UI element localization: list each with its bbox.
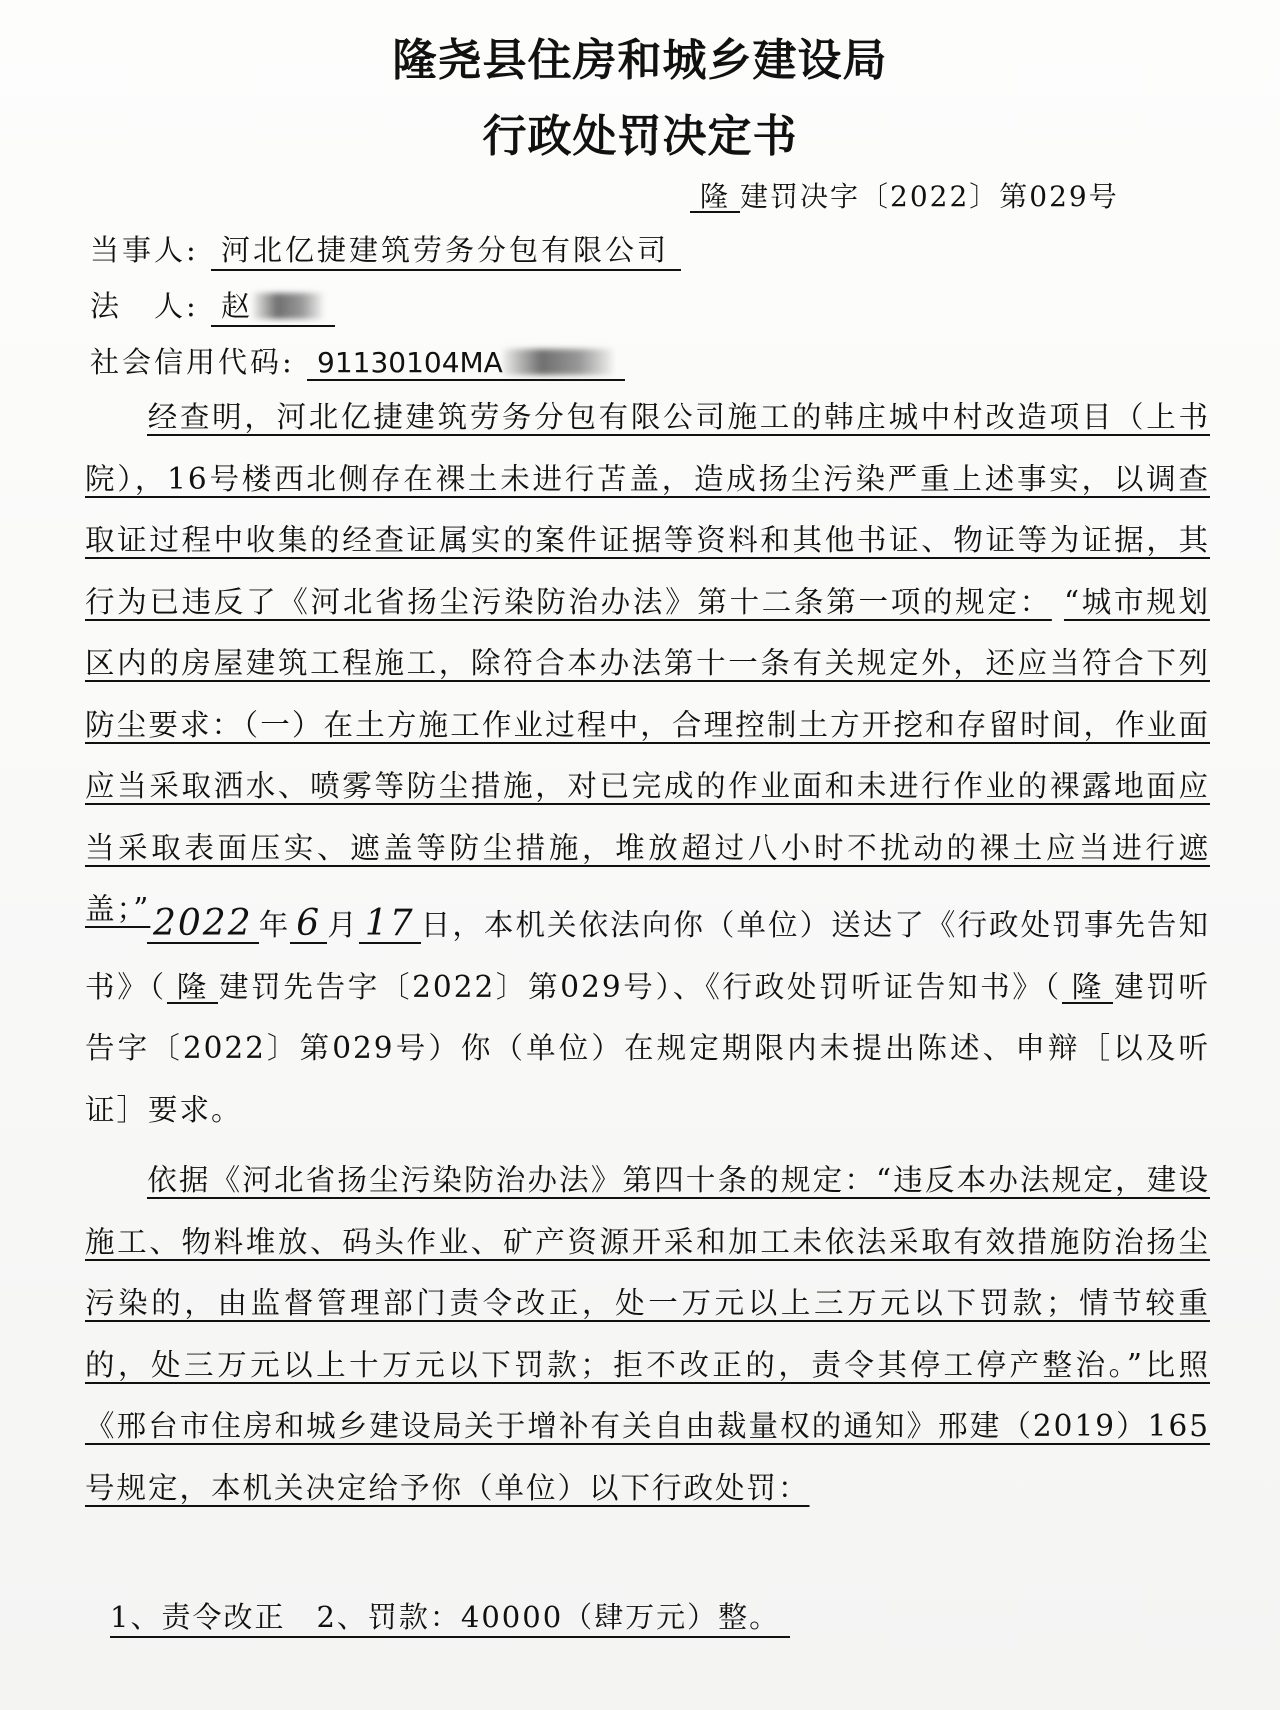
penalty-decision: 1、责令改正 2、罚款：40000（肆万元）整。 [110,1595,790,1638]
party-label: 当事人: [90,233,199,267]
handwritten-month: 6 [290,906,327,944]
party-field: 当事人: 河北亿捷建筑劳务分包有限公司 [90,228,681,271]
month-label: 月 [327,908,359,942]
document-number-prefix: 隆 [690,182,740,213]
handwritten-day: 17 [359,906,421,944]
document-number-rest: 建罚决字〔2022〕第029号 [740,180,1119,213]
legal-basis-paragraph: 依据《河北省扬尘污染防治办法》第四十条的规定：“违反本办法规定，建设施工、物料堆… [85,1150,1210,1519]
redaction-blur [253,293,323,319]
credit-code-value-wrap: 91130104MA [307,346,625,381]
year-label: 年 [259,908,291,942]
credit-code-value: 91130104MA [317,346,503,379]
document-page: 隆尧县住房和城乡建设局 行政处罚决定书 隆建罚决字〔2022〕第029号 当事人… [0,0,1280,1710]
notice-paragraph: 2022年6月17日，本机关依法向你（单位）送达了《行政处罚事先告知书》（隆建罚… [85,895,1210,1141]
notice-text-2: 建罚先告字〔2022〕第029号）、《行政处罚听证告知书》（ [218,970,1062,1004]
regulation-quote: “城市规划区内的房屋建筑工程施工，除符合本办法第十一条有关规定外，还应当符合下列… [85,585,1210,927]
party-value: 河北亿捷建筑劳务分包有限公司 [211,228,681,271]
credit-code-label: 社会信用代码: [90,345,295,379]
document-type-title: 行政处罚决定书 [0,100,1280,164]
notice-prefix-1: 隆 [167,972,219,1005]
legal-basis-text: 依据《河北省扬尘污染防治办法》第四十条的规定：“违反本办法规定，建设施工、物料堆… [85,1163,1210,1505]
findings-paragraph: 经查明，河北亿捷建筑劳务分包有限公司施工的韩庄城中村改造项目（上书院），16号楼… [85,387,1210,941]
credit-code-field: 社会信用代码: 91130104MA [90,340,625,381]
findings-text: 经查明，河北亿捷建筑劳务分包有限公司施工的韩庄城中村改造项目（上书院），16号楼… [85,400,1210,619]
handwritten-year: 2022 [147,906,259,944]
legal-rep-value-wrap: 赵 [211,284,335,327]
day-label: 日 [421,908,453,942]
document-number: 隆建罚决字〔2022〕第029号 [690,175,1119,215]
legal-rep-value: 赵 [221,289,253,323]
redaction-blur [503,349,613,375]
agency-title: 隆尧县住房和城乡建设局 [0,24,1280,88]
notice-prefix-2: 隆 [1062,972,1114,1005]
legal-rep-label: 法 人: [90,289,199,323]
legal-rep-field: 法 人: 赵 [90,284,335,327]
